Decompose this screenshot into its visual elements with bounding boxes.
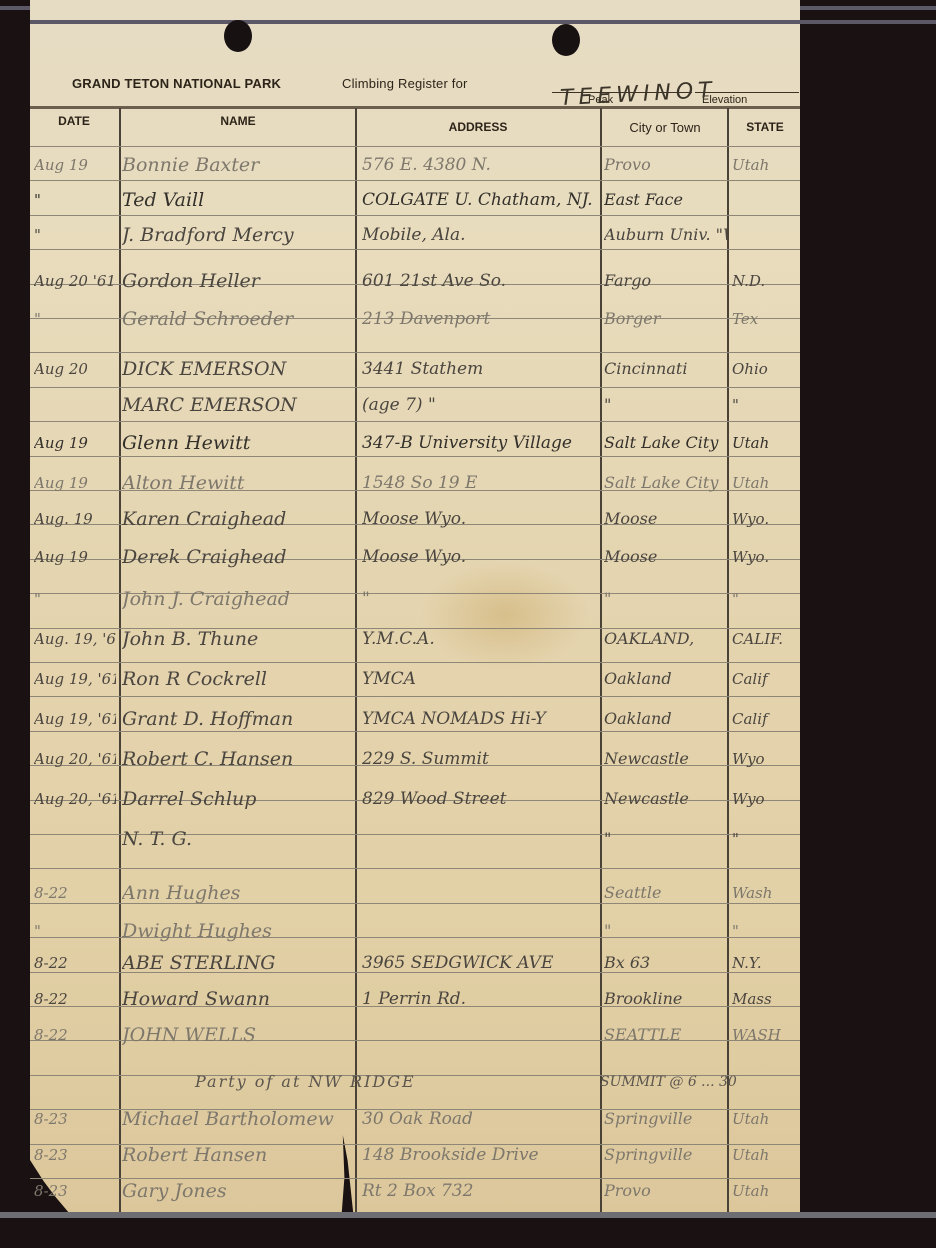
entry-address: " [362,580,602,614]
register-entry: Aug 19Derek CraigheadMoose Wyo.MooseWyo. [30,538,800,572]
column-address: ADDRESS [356,120,600,134]
entry-date: 8-23 [34,1136,116,1170]
entry-date: Aug 20 [34,350,116,384]
entry-city: Fargo [604,262,728,296]
entry-address: Mobile, Ala. [362,216,602,250]
entry-name: Robert C. Hansen [122,740,357,774]
entry-city: " [604,580,728,614]
entry-name: N. T. G. [122,820,357,854]
entry-date [34,1052,116,1086]
entry-date: 8-23 [34,1100,116,1134]
entry-address: 213 Davenport [362,300,602,334]
entry-name: Dwight Hughes [122,912,357,946]
frame-line-bottom [0,1212,936,1218]
entry-state: Utah [732,1136,800,1170]
entry-state: " [732,912,800,946]
entry-address: COLGATE U. Chatham, NJ. [362,181,602,215]
register-entry: 8-23Gary JonesRt 2 Box 732ProvoUtah [30,1172,800,1206]
register-entry: Aug 19Glenn Hewitt347-B University Villa… [30,424,800,458]
entry-city: SEATTLE [604,1016,728,1050]
entry-city: OAKLAND, [604,620,728,654]
register-entry: Aug 20DICK EMERSON3441 StathemCincinnati… [30,350,800,384]
register-entry: 8-22JOHN WELLSSEATTLEWASH [30,1016,800,1050]
entry-state: Utah [732,146,800,180]
summit-note: SUMMIT @ 6 ... 30 [600,1074,737,1090]
register-entry: Aug 19, '61Grant D. HoffmanYMCA NOMADS H… [30,700,800,734]
register-entry: "Gerald Schroeder213 DavenportBorgerTex [30,300,800,334]
entry-state: " [732,386,800,420]
register-entry: "Dwight Hughes"" [30,912,800,946]
entry-date: Aug. 19 [34,500,116,534]
entry-city: Moose [604,500,728,534]
entry-name: Bonnie Baxter [122,146,357,180]
entry-address [362,912,602,946]
entry-name: Ann Hughes [122,874,357,908]
entry-name: Ted Vaill [122,181,357,215]
entry-city: Borger [604,300,728,334]
entry-address: Rt 2 Box 732 [362,1172,602,1206]
entry-name: Howard Swann [122,980,357,1014]
header-rule [30,106,800,109]
entry-address: Y.M.C.A. [362,620,602,654]
entry-city: " [604,386,728,420]
entry-address: 3965 SEDGWICK AVE [362,944,602,978]
entry-city: " [604,912,728,946]
entry-state: " [732,820,800,854]
entry-city: Oakland [604,700,728,734]
entry-city: Bx 63 [604,944,728,978]
entry-name: Gordon Heller [122,262,357,296]
entry-date: Aug 19 [34,464,116,498]
entry-address [362,874,602,908]
entry-state: Calif [732,700,800,734]
register-entry: N. T. G."" [30,820,800,854]
entry-date: 8-22 [34,874,116,908]
entry-city: Oakland [604,660,728,694]
entry-address [362,1016,602,1050]
entry-date: Aug 20 '61 [34,262,116,296]
register-entry: Aug 19, '61Ron R CockrellYMCAOaklandCali… [30,660,800,694]
register-entry: Aug 20 '61Gordon Heller601 21st Ave So.F… [30,262,800,296]
column-name: NAME [120,114,356,128]
row-rule [30,868,800,869]
entry-name: MARC EMERSON [122,386,357,420]
entry-city: Cincinnati [604,350,728,384]
party-note: Party of at NW RIDGE [195,1072,416,1091]
entry-state: Ohio [732,350,800,384]
entry-state: Mass [732,980,800,1014]
entry-state: CALIF. [732,620,800,654]
entry-name: Ron R Cockrell [122,660,357,694]
entry-address: 148 Brookside Drive [362,1136,602,1170]
entry-name: Karen Craighead [122,500,357,534]
entry-date: Aug. 19, '61 [34,620,116,654]
column-date: DATE [36,114,112,128]
entry-city: Salt Lake City [604,464,728,498]
entry-date: Aug 19, '61 [34,700,116,734]
entry-state: Utah [732,464,800,498]
entry-date [34,820,116,854]
entry-address [362,820,602,854]
entry-address: (age 7) " [362,386,602,420]
column-state: STATE [730,120,800,134]
entry-address: 601 21st Ave So. [362,262,602,296]
entry-date: " [34,580,116,614]
register-label: Climbing Register for [342,76,468,91]
register-entry: Aug 20, '61Darrel Schlup829 Wood StreetN… [30,780,800,814]
entry-address: 829 Wood Street [362,780,602,814]
entry-state: " [732,580,800,614]
entry-state: Wyo. [732,500,800,534]
entry-city: Moose [604,538,728,572]
entry-address: 229 S. Summit [362,740,602,774]
entry-date: " [34,181,116,215]
entry-name: Grant D. Hoffman [122,700,357,734]
entry-state: Utah [732,424,800,458]
register-entry: "Ted VaillCOLGATE U. Chatham, NJ.East Fa… [30,181,800,215]
register-entry: "John J. Craighead""" [30,580,800,614]
entry-state: Utah [732,1100,800,1134]
entry-name: J. Bradford Mercy [122,216,357,250]
register-entry: 8-22ABE STERLING3965 SEDGWICK AVEBx 63N.… [30,944,800,978]
entry-city: Newcastle [604,740,728,774]
entry-state: Wyo [732,740,800,774]
entry-address: YMCA [362,660,602,694]
entry-city: East Face [604,181,728,215]
entry-state: N.D. [732,262,800,296]
entry-state [732,1052,800,1086]
entry-city: Seattle [604,874,728,908]
entry-address: 347-B University Village [362,424,602,458]
entry-address: Moose Wyo. [362,500,602,534]
entry-address: 3441 Stathem [362,350,602,384]
entry-name: Michael Bartholomew [122,1100,357,1134]
entry-date: 8-22 [34,980,116,1014]
row-rule [30,421,800,422]
register-entry: Aug 19Alton Hewitt1548 So 19 ESalt Lake … [30,464,800,498]
entry-city: Brookline [604,980,728,1014]
entry-city: Springville [604,1100,728,1134]
entry-date: Aug 20, '61 [34,740,116,774]
register-entry: Aug. 19Karen CraigheadMoose Wyo.MooseWyo… [30,500,800,534]
entry-state: Wyo. [732,538,800,572]
entry-address: 1 Perrin Rd. [362,980,602,1014]
register-entry: 8-23Robert Hansen148 Brookside DriveSpri… [30,1136,800,1170]
entry-name: Darrel Schlup [122,780,357,814]
entry-address: 576 E. 4380 N. [362,146,602,180]
entry-city: " [604,820,728,854]
entry-name: Alton Hewitt [122,464,357,498]
entry-date: Aug 19 [34,146,116,180]
park-name: GRAND TETON NATIONAL PARK [72,76,281,91]
frame-line-upper [30,20,936,24]
entry-name: Derek Craighead [122,538,357,572]
entry-city: Newcastle [604,780,728,814]
entry-date: Aug 19 [34,424,116,458]
register-entry: Aug 20, '61Robert C. Hansen229 S. Summit… [30,740,800,774]
entry-address: 30 Oak Road [362,1100,602,1134]
entry-city: Salt Lake City [604,424,728,458]
entry-name: Gary Jones [122,1172,357,1206]
entry-name: JOHN WELLS [122,1016,357,1050]
register-entry: "J. Bradford MercyMobile, Ala.Auburn Uni… [30,216,800,250]
entry-date: Aug 20, '61 [34,780,116,814]
register-entry: 8-22Howard Swann1 Perrin Rd.BrooklineMas… [30,980,800,1014]
entry-state: Utah [732,1172,800,1206]
entry-city: Auburn Univ. "War Eagle!" [604,216,728,250]
entry-city: Provo [604,1172,728,1206]
entry-state: Tex [732,300,800,334]
entry-state: Wyo [732,780,800,814]
register-entry: Aug. 19, '61John B. ThuneY.M.C.A.OAKLAND… [30,620,800,654]
register-entry: Aug 19Bonnie Baxter576 E. 4380 N.ProvoUt… [30,146,800,180]
register-entry: MARC EMERSON(age 7) """ [30,386,800,420]
entry-date: 8-23 [34,1172,116,1206]
entry-state: WASH [732,1016,800,1050]
entry-date: Aug 19 [34,538,116,572]
entry-state: Calif [732,660,800,694]
entry-date: " [34,300,116,334]
entry-date: Aug 19, '61 [34,660,116,694]
entry-date: 8-22 [34,1016,116,1050]
entry-name: ABE STERLING [122,944,357,978]
entry-date: " [34,912,116,946]
entry-city: Provo [604,146,728,180]
register-entry: 8-23Michael Bartholomew30 Oak RoadSpring… [30,1100,800,1134]
entry-state [732,216,800,250]
entry-name: Robert Hansen [122,1136,357,1170]
entry-name: Gerald Schroeder [122,300,357,334]
entry-date: " [34,216,116,250]
entry-state: Wash [732,874,800,908]
punch-hole-left [224,20,252,52]
entry-state [732,181,800,215]
punch-hole-right [552,24,580,56]
entry-state: N.Y. [732,944,800,978]
entry-address: Moose Wyo. [362,538,602,572]
entry-address: 1548 So 19 E [362,464,602,498]
register-entry: 8-22Ann HughesSeattleWash [30,874,800,908]
entry-name: DICK EMERSON [122,350,357,384]
entry-date: 8-22 [34,944,116,978]
entry-name: Glenn Hewitt [122,424,357,458]
row-rule [30,696,800,697]
entry-city: Springville [604,1136,728,1170]
entry-address: YMCA NOMADS Hi-Y [362,700,602,734]
entry-name: John J. Craighead [122,580,357,614]
entry-date [34,386,116,420]
column-city: City or Town [602,120,728,135]
entry-name: John B. Thune [122,620,357,654]
